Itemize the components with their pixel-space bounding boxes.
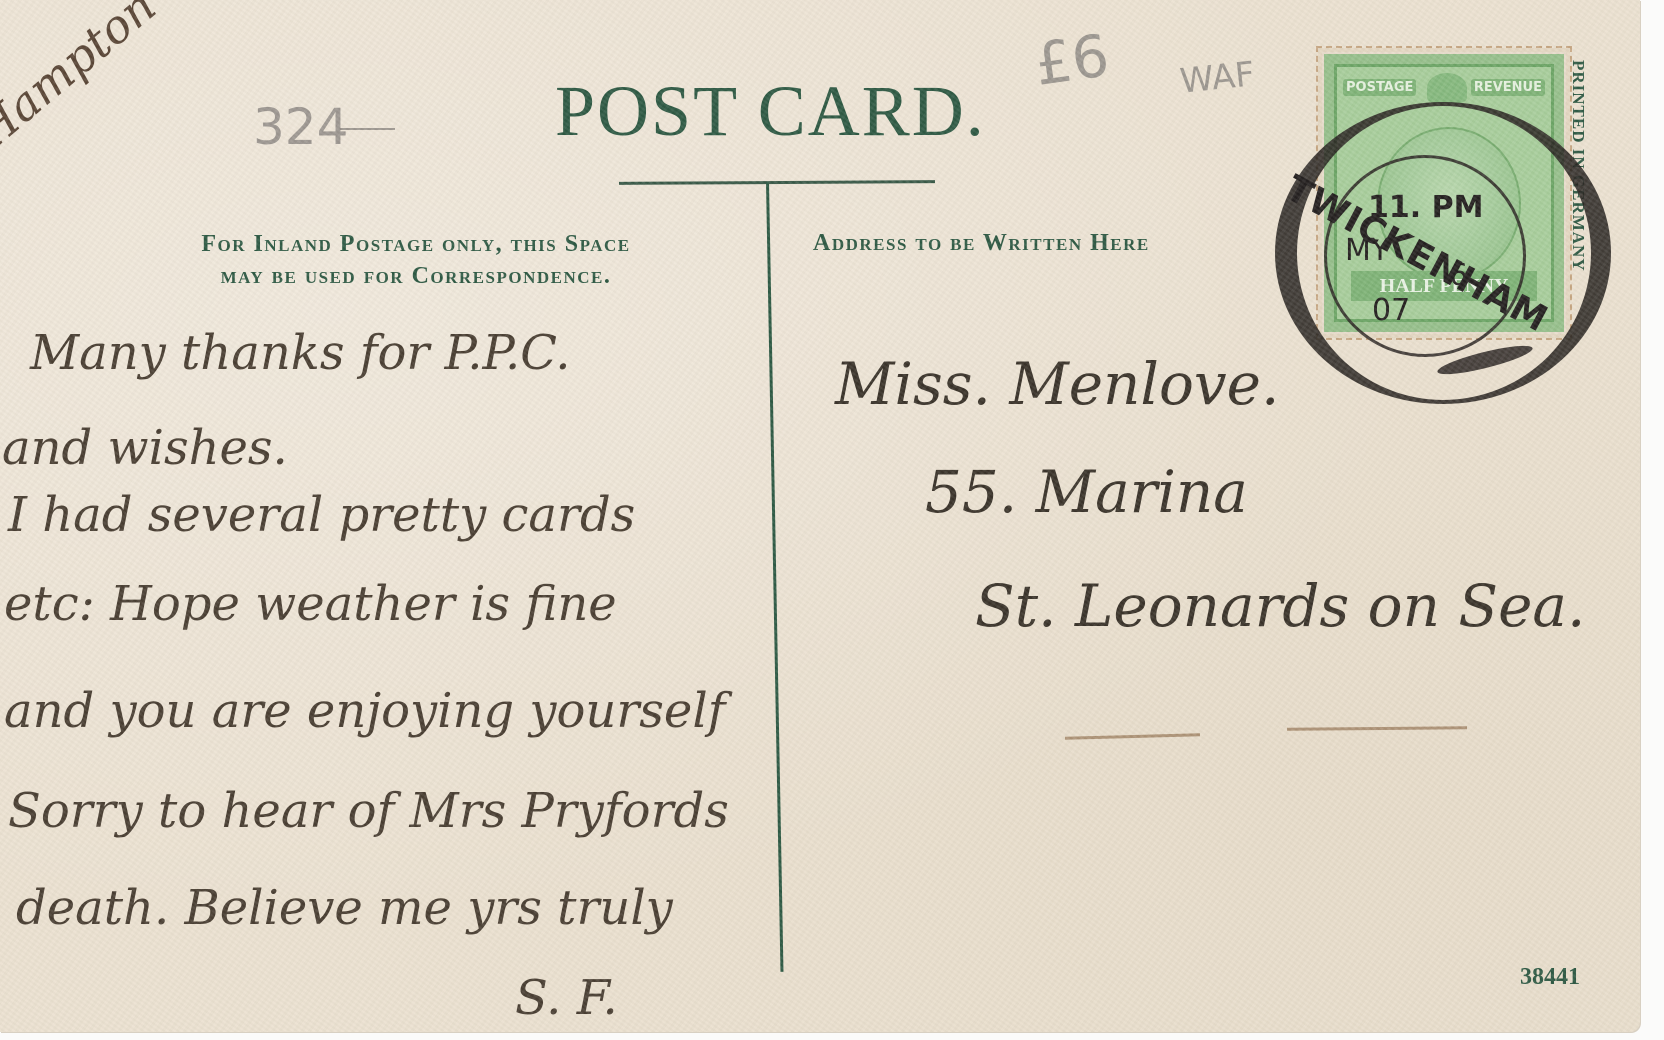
- catalog-number: 324: [253, 98, 348, 156]
- postcard: POST CARD. For Inland Postage only, this…: [0, 0, 1640, 1032]
- correspondence-line-2: may be used for Correspondence.: [112, 260, 720, 292]
- divider-vertical: [766, 182, 783, 972]
- message-line-3: I had several pretty cards: [8, 487, 635, 543]
- message-line-2: and wishes.: [2, 420, 288, 476]
- postcard-title: POST CARD.: [555, 70, 986, 153]
- message-signature: S. F.: [515, 970, 618, 1026]
- message-line-6: Sorry to hear of Mrs Pryfords: [8, 783, 729, 839]
- address-label: Address to be Written Here: [813, 230, 1150, 257]
- address-town: St. Leonards on Sea.: [975, 572, 1585, 640]
- address-name: Miss. Menlove.: [835, 350, 1279, 418]
- message-line-4: etc: Hope weather is fine: [4, 576, 617, 632]
- serial-number: 38441: [1520, 964, 1580, 991]
- address-underline-left: [1065, 733, 1200, 740]
- divider-horizontal: [619, 180, 935, 185]
- message-line-5: and you are enjoying yourself: [4, 683, 725, 739]
- address-underline-right: [1287, 726, 1467, 731]
- initials-mark: WAF: [1178, 54, 1256, 102]
- postmark-day: 6: [1449, 258, 1468, 293]
- postmark-month: MY: [1345, 233, 1389, 268]
- postmark-year: 07: [1372, 293, 1410, 328]
- correspondence-line-1: For Inland Postage only, this Space: [112, 228, 720, 260]
- postmark-time: 11. PM: [1368, 190, 1483, 225]
- stamp-postage-label: POSTAGE: [1343, 79, 1416, 96]
- catalog-strike: [340, 128, 395, 130]
- price-mark: £6: [1031, 21, 1114, 99]
- correspondence-instructions: For Inland Postage only, this Space may …: [112, 228, 720, 292]
- message-line-1: Many thanks for P.P.C.: [30, 325, 571, 381]
- place-annotation: Hampton: [0, 0, 166, 159]
- address-street: 55. Marina: [925, 458, 1248, 526]
- stamp-revenue-label: REVENUE: [1471, 79, 1545, 96]
- stamp-top-labels: POSTAGE REVENUE: [1343, 79, 1545, 96]
- message-line-7: death. Believe me yrs truly: [16, 880, 673, 936]
